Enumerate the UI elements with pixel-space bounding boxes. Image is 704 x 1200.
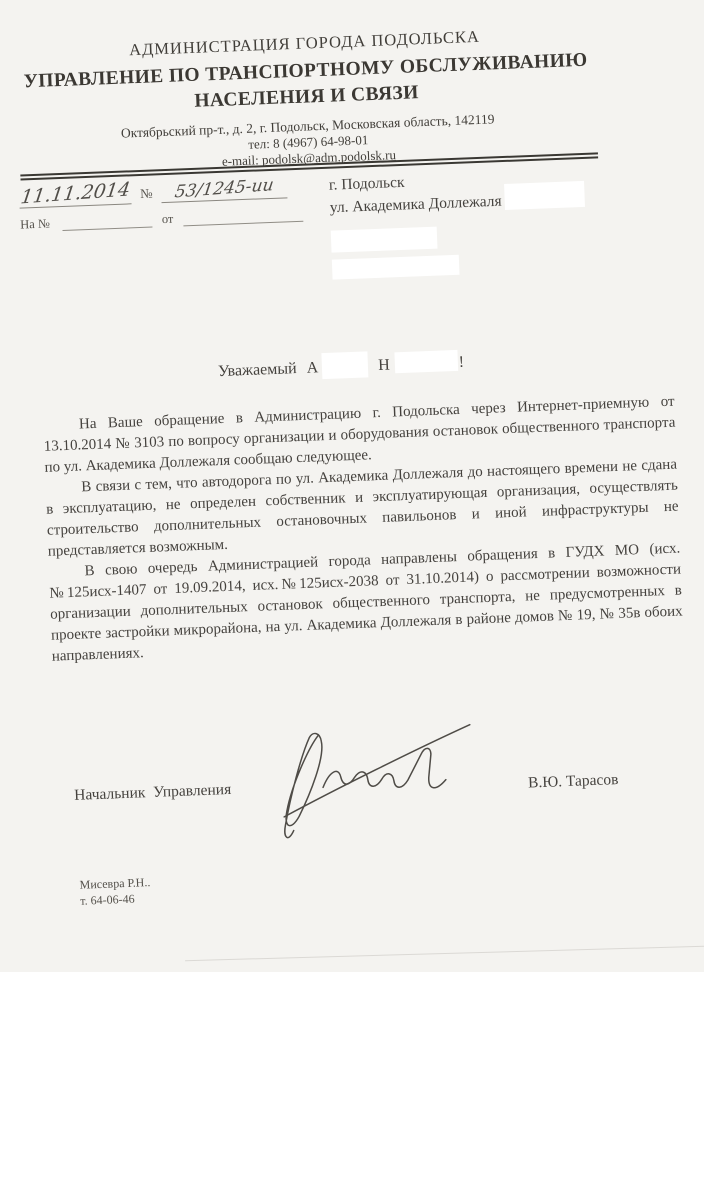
recipient-street: ул. Академика Доллежаля bbox=[330, 193, 502, 217]
redaction-box-patronymic bbox=[394, 350, 458, 373]
number-sign: № bbox=[140, 185, 153, 203]
salutation-prefix: Уважаемый bbox=[218, 360, 297, 380]
number-field: 53/1245-ии bbox=[161, 176, 288, 203]
handwritten-date: 11.11.2014 bbox=[19, 178, 131, 208]
from-label: от bbox=[162, 212, 174, 227]
incoming-date-blank bbox=[183, 207, 303, 227]
incoming-row: На № от bbox=[20, 207, 304, 233]
incoming-number-blank bbox=[62, 213, 153, 231]
handwritten-number: 53/1245-ии bbox=[174, 175, 276, 202]
signer-position: Начальник Управления bbox=[74, 781, 232, 805]
salutation-punct: ! bbox=[458, 354, 464, 371]
redaction-box-name bbox=[331, 227, 438, 253]
signer-name: В.Ю. Тарасов bbox=[528, 771, 619, 792]
scanned-letter-page: АДМИНИСТРАЦИЯ ГОРОДА ПОДОЛЬСКА УПРАВЛЕНИ… bbox=[0, 0, 704, 972]
signature-handwriting bbox=[274, 718, 479, 851]
salutation-initial-1: А bbox=[306, 359, 318, 376]
salutation-line: Уважаемый А Н! bbox=[217, 348, 464, 383]
executor-phone: т. 64-06-46 bbox=[80, 890, 151, 909]
executor-name: Мисевра Р.Н.. bbox=[79, 874, 150, 893]
redaction-box-contact bbox=[332, 255, 460, 280]
scan-tilt-layer: АДМИНИСТРАЦИЯ ГОРОДА ПОДОЛЬСКА УПРАВЛЕНИ… bbox=[0, 0, 704, 972]
date-field: 11.11.2014 bbox=[19, 180, 132, 208]
redaction-box-firstname bbox=[322, 351, 369, 379]
incoming-label: На № bbox=[20, 216, 50, 232]
salutation-initial-2: Н bbox=[378, 357, 390, 374]
recipient-block: г. Подольск ул. Академика Доллежаля bbox=[329, 165, 588, 280]
redaction-box-house bbox=[504, 181, 585, 210]
reference-block: 11.11.2014 № 53/1245-ии На № от bbox=[19, 174, 304, 233]
executor-block: Мисевра Р.Н.. т. 64-06-46 bbox=[79, 874, 151, 909]
letter-body: На Ваше обращение в Администрацию г. Под… bbox=[43, 392, 684, 668]
